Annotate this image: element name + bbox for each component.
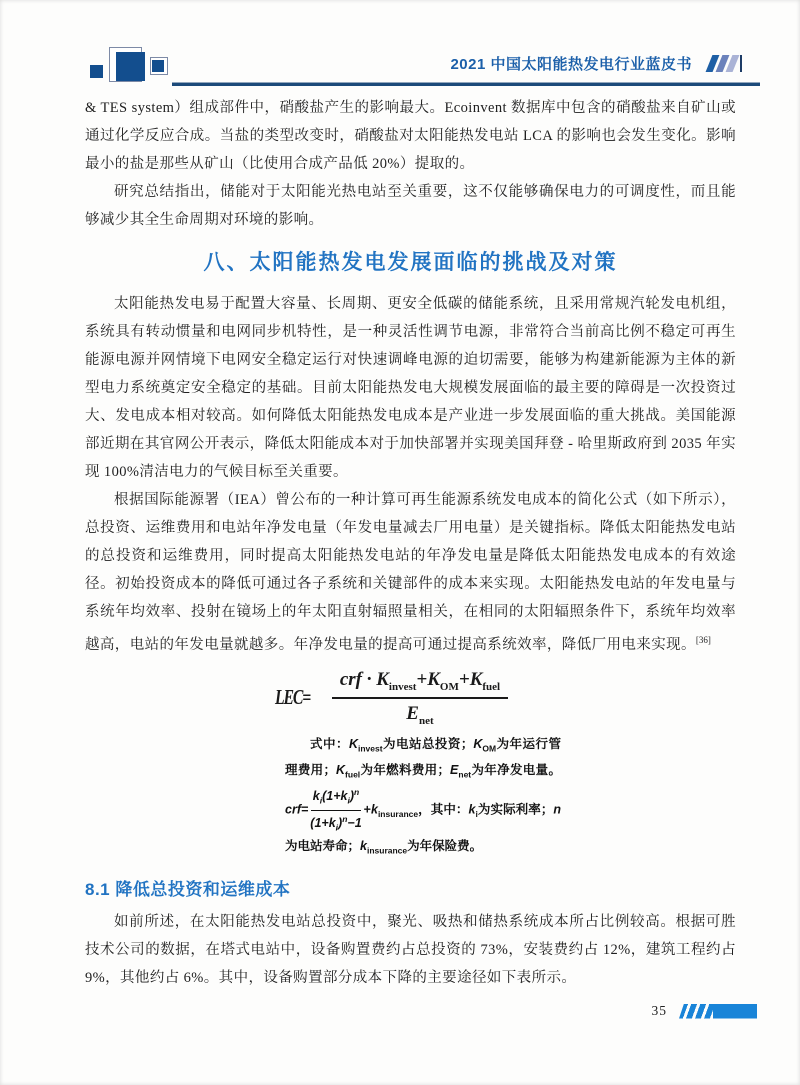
header-rule — [172, 82, 760, 86]
lec-fraction: crf · Kinvest+KOM+Kfuel Enet — [332, 669, 508, 727]
header-title: 2021 中国太阳能热发电行业蓝皮书 — [450, 53, 692, 74]
paragraph-iea-text: 根据国际能源署（IEA）曾公布的一种计算可再生能源系统发电成本的简化公式（如下所… — [85, 492, 736, 653]
document-page: 2021 中国太阳能热发电行业蓝皮书 & TES system）组成部件中，硝酸… — [0, 0, 800, 1085]
logo-square-filled-small — [152, 60, 164, 72]
page-header: 2021 中国太阳能热发电行业蓝皮书 — [0, 0, 800, 90]
chapter-heading: 八、太阳能热发电发展面临的挑战及对策 — [85, 246, 736, 276]
section-heading-8-1: 8.1 降低总投资和运维成本 — [85, 875, 736, 900]
formula-note: 式中：Kinvest为电站总投资；KOM为年运行管理费用；Kfuel为年燃料费用… — [285, 734, 561, 861]
paragraph-iea-formula-intro: 根据国际能源署（IEA）曾公布的一种计算可再生能源系统发电成本的简化公式（如下所… — [85, 486, 736, 659]
logo-square-filled — [116, 52, 145, 81]
crf-fraction: ki(1+ki)n(1+ki)n−1 — [310, 785, 361, 835]
page-content: & TES system）组成部件中，硝酸盐产生的影响最大。Ecoinvent … — [85, 94, 736, 992]
lec-denominator: Enet — [406, 699, 433, 727]
lec-lhs: LEC= — [275, 685, 310, 710]
lec-numerator: crf · Kinvest+KOM+Kfuel — [332, 669, 508, 699]
footer-stripe-bar-icon — [679, 1004, 757, 1019]
paragraph-tes-nitrate: & TES system）组成部件中，硝酸盐产生的影响最大。Ecoinvent … — [85, 94, 736, 178]
page-number: 35 — [652, 1003, 668, 1019]
footnote-reference: [36] — [696, 635, 711, 645]
paragraph-cost-breakdown: 如前所述，在太阳能热发电站总投资中，聚光、吸热和储热系统成本所占比例较高。根据可… — [85, 908, 736, 992]
paragraph-storage-conclusion: 研究总结指出，储能对于太阳能光热电站至关重要，这不仅能够确保电力的可调度性，而且… — [85, 178, 736, 234]
page-footer: 35 — [652, 1003, 758, 1019]
blueprint-logo-icon — [88, 44, 173, 86]
paragraph-challenges: 太阳能热发电易于配置大容量、长周期、更安全低碳的储能系统，且采用常规汽轮发电机组… — [85, 290, 736, 486]
slash-marks-icon — [706, 54, 742, 72]
logo-square-small — [90, 65, 103, 78]
lec-formula: LEC= crf · Kinvest+KOM+Kfuel Enet — [275, 669, 736, 727]
